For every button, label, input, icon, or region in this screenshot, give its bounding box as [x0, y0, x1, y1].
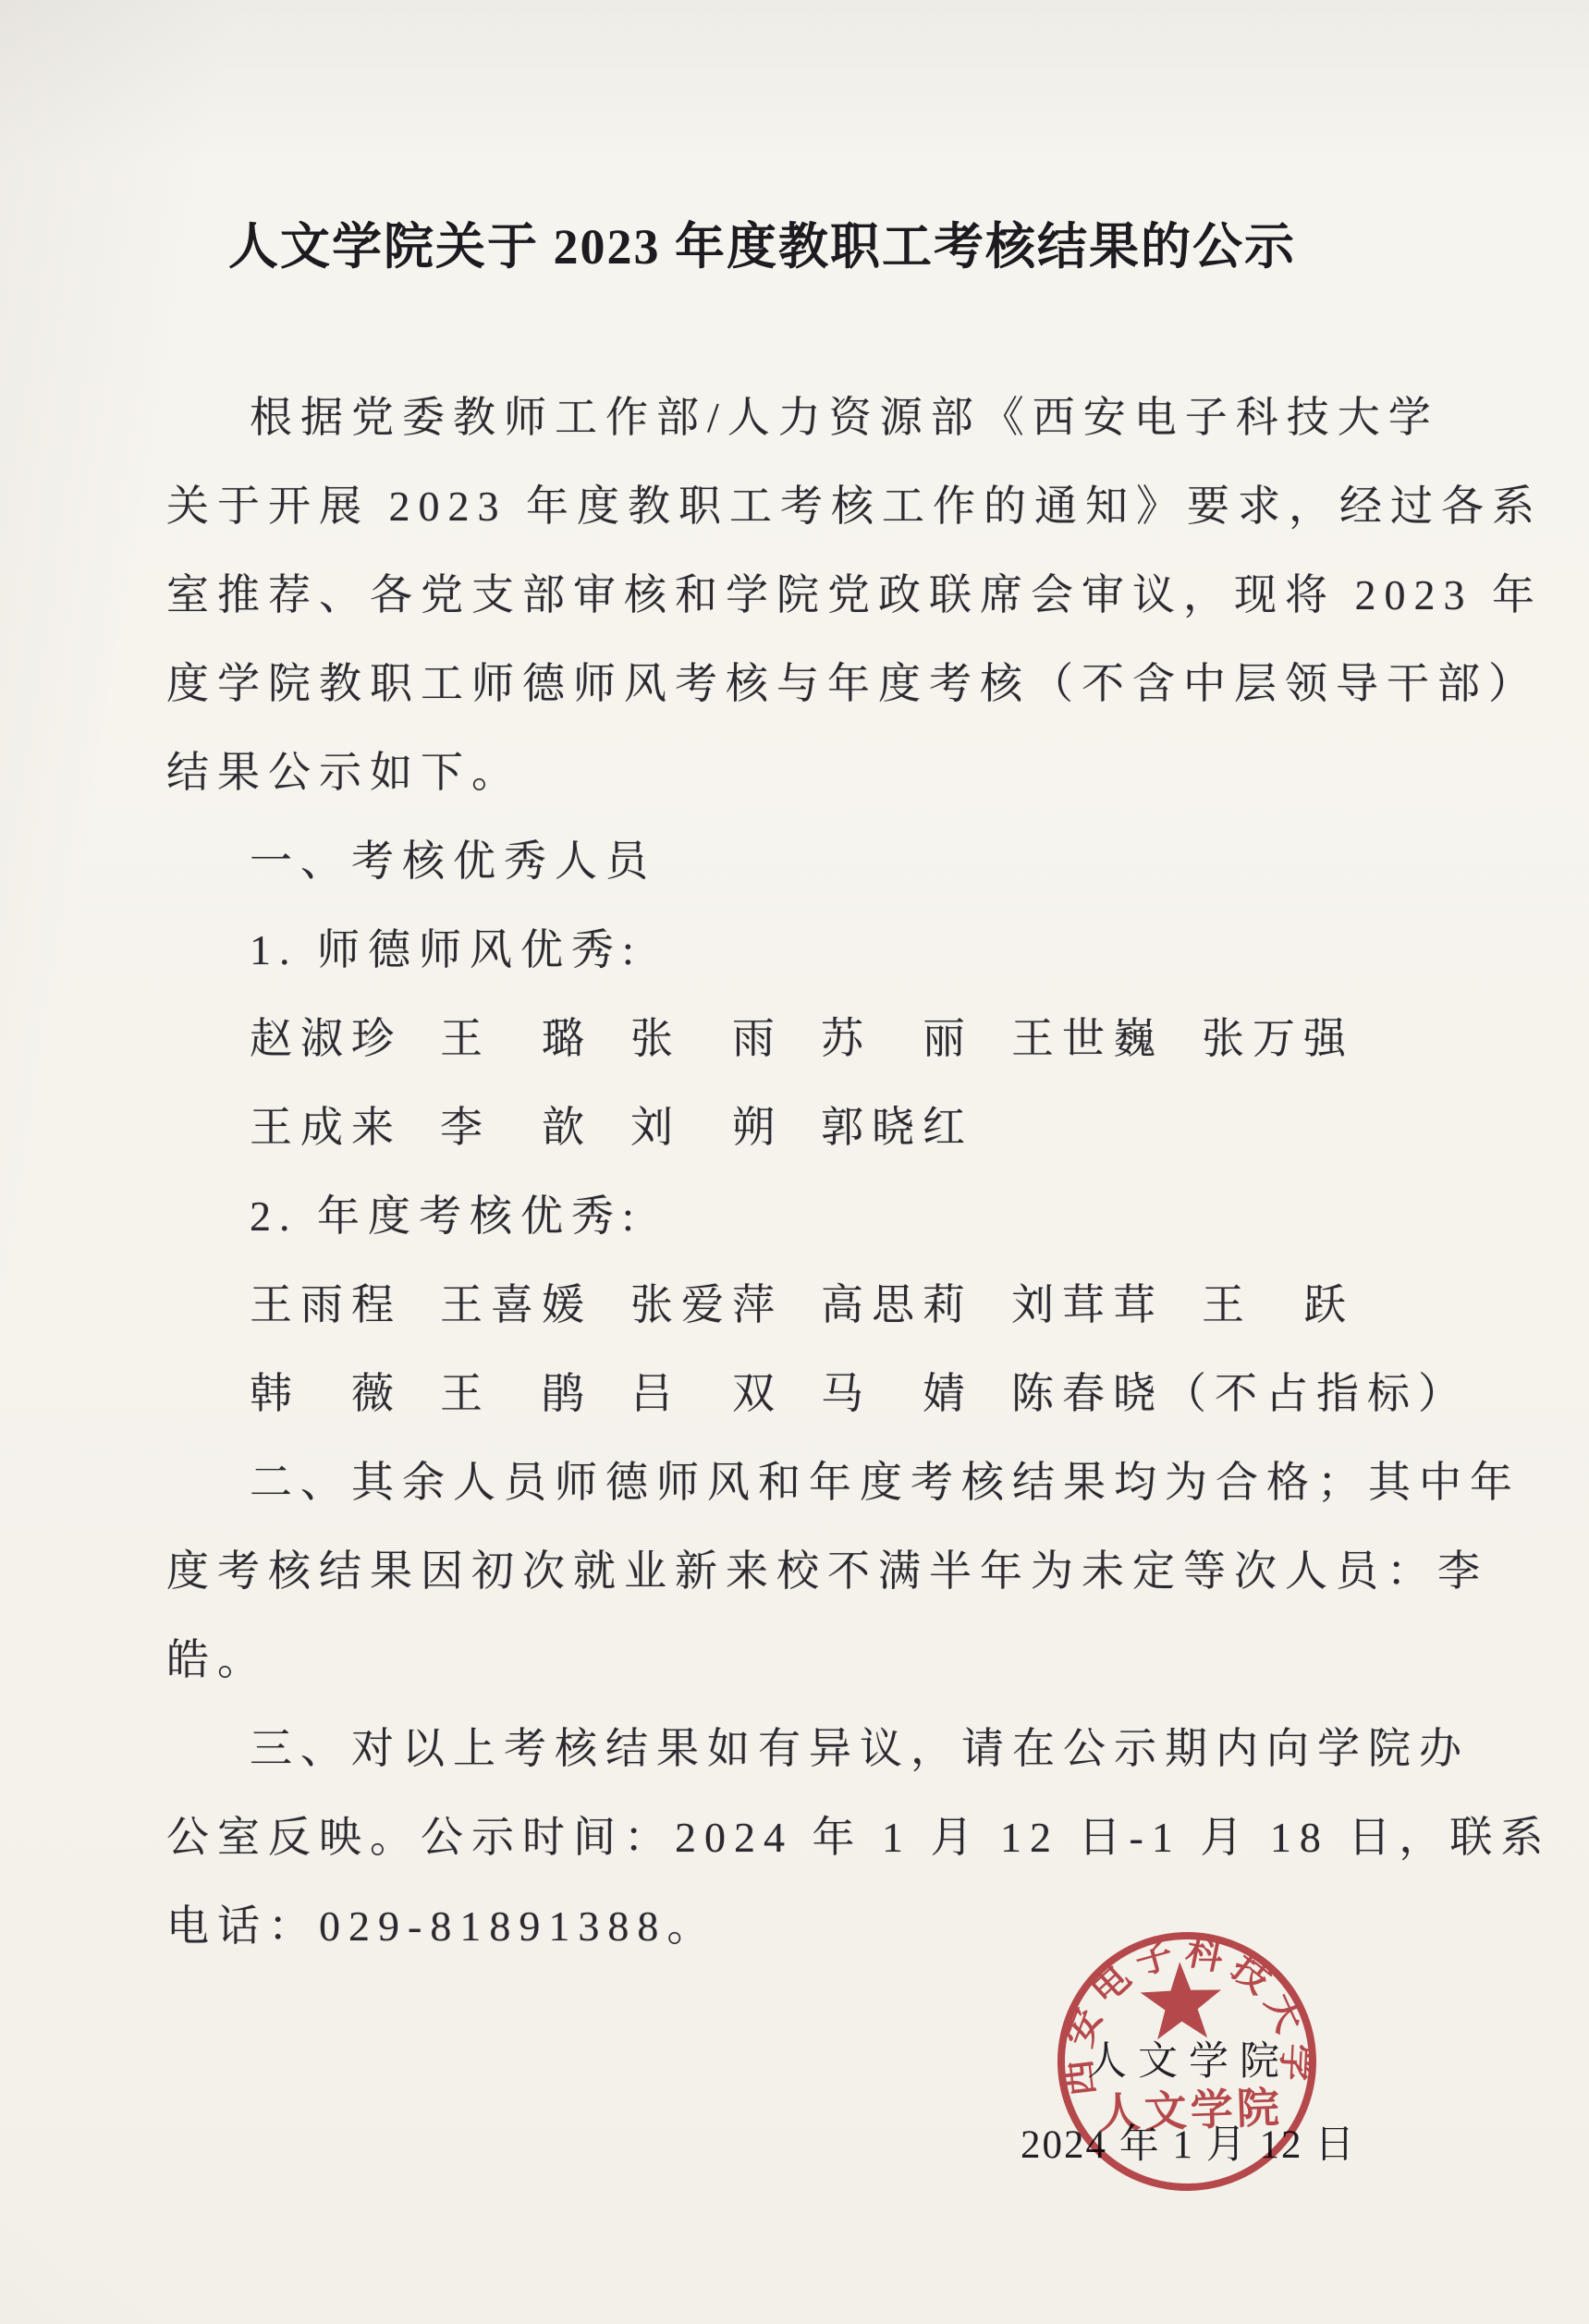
document-line: 度考核结果因初次就业新来校不满半年为未定等次人员：李 — [166, 1527, 1479, 1616]
signature-date: 2024 年 1 月 12 日 — [1021, 2113, 1356, 2170]
document-line: 公室反映。公示时间：2024 年 1 月 12 日-1 月 18 日，联系 — [166, 1793, 1479, 1882]
subsection-heading-2: 2. 年度考核优秀: — [166, 1172, 1479, 1261]
names-row: 赵淑珍 王 璐 张 雨 苏 丽 王世巍 张万强 — [166, 995, 1479, 1083]
names-row: 王雨程 王喜媛 张爱萍 高思莉 刘茸茸 王 跃 — [166, 1261, 1479, 1350]
document-line: 电话：029-81891388。 — [166, 1882, 1479, 1971]
section-heading-2: 二、其余人员师德师风和年度考核结果均为合格；其中年 — [166, 1438, 1479, 1527]
subsection-heading-1: 1. 师德师风优秀: — [166, 906, 1479, 995]
star-icon — [1140, 1961, 1223, 2040]
document-line: 结果公示如下。 — [166, 728, 1479, 817]
section-heading-3: 三、对以上考核结果如有异议，请在公示期内向学院办 — [166, 1705, 1479, 1793]
document-body: 根据党委教师工作部/人力资源部《西安电子科技大学 关于开展 2023 年度教职工… — [166, 373, 1479, 1971]
signature-org: 人文学院 — [1087, 2030, 1290, 2086]
document-line: 关于开展 2023 年度教职工考核工作的通知》要求，经过各系 — [166, 462, 1479, 551]
names-row: 韩 薇 王 鹃 吕 双 马 婧 陈春晓（不占指标） — [166, 1350, 1479, 1438]
names-row: 王成来 李 歆 刘 朔 郭晓红 — [166, 1083, 1479, 1172]
section-heading-1: 一、考核优秀人员 — [166, 817, 1479, 906]
document-page: 人文学院关于 2023 年度教职工考核结果的公示 根据党委教师工作部/人力资源部… — [0, 0, 1589, 2324]
document-line: 皓。 — [166, 1616, 1479, 1705]
document-line: 度学院教职工师德师风考核与年度考核（不含中层领导干部） — [166, 640, 1479, 728]
document-line: 室推荐、各党支部审核和学院党政联席会审议，现将 2023 年 — [166, 551, 1479, 640]
document-line: 根据党委教师工作部/人力资源部《西安电子科技大学 — [166, 373, 1479, 462]
document-title: 人文学院关于 2023 年度教职工考核结果的公示 — [102, 207, 1423, 278]
